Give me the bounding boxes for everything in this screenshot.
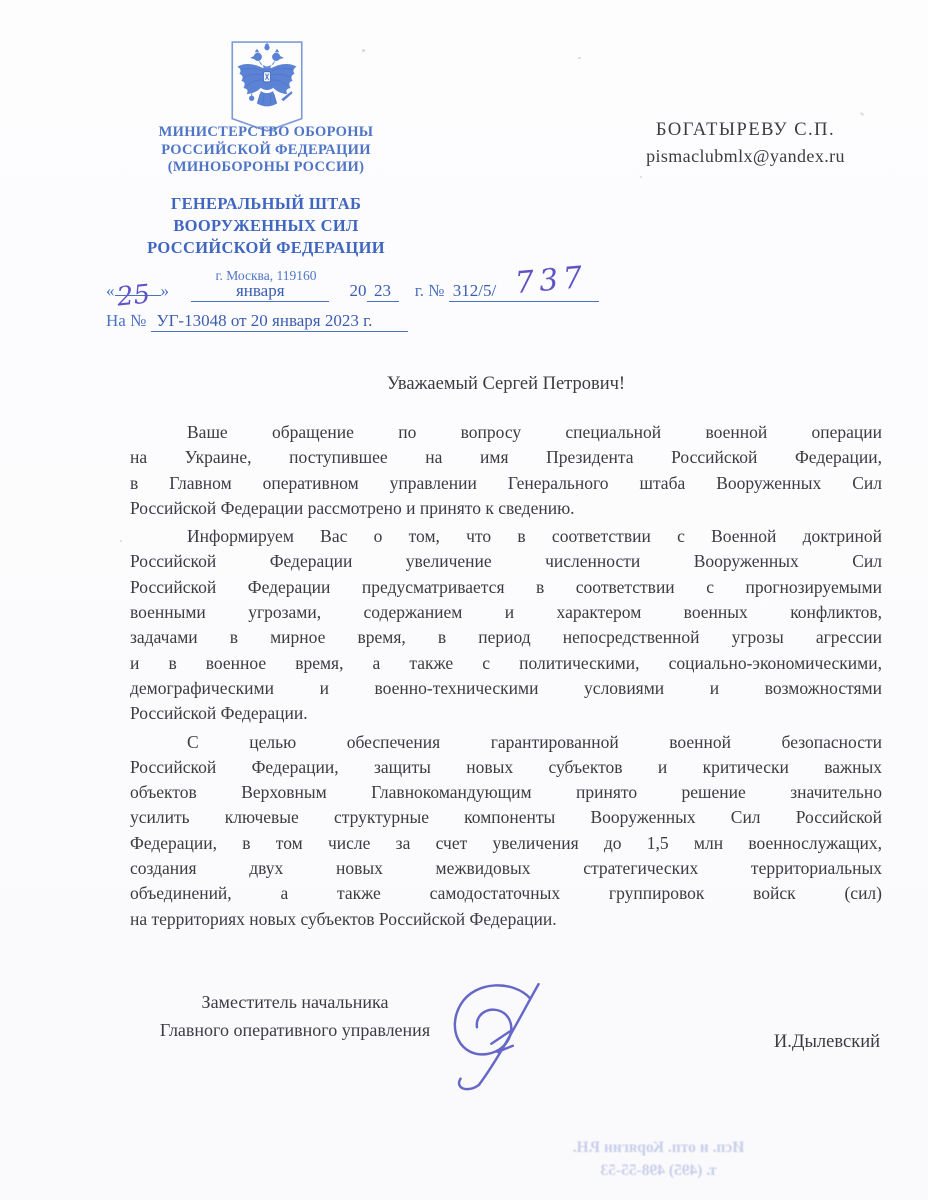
scan-speck (820, 640, 822, 642)
signatory-title: Заместитель начальника Главного оператив… (128, 988, 462, 1044)
year-prefix: 20 (350, 281, 367, 300)
recipient-block: БОГАТЫРЕВУ С.П. pismaclubmlx@yandex.ru (598, 120, 893, 167)
body-paragraph-1: Ваше обращение по вопросу специальной во… (130, 420, 882, 521)
recipient-email: pismaclubmlx@yandex.ru (598, 146, 893, 167)
scanned-letter-page: МИНИСТЕРСТВО ОБОРОНЫ РОССИЙСКОЙ ФЕДЕРАЦИ… (0, 0, 928, 1200)
reply-label: На № (106, 311, 146, 330)
scan-speck (578, 57, 581, 59)
org-line-3: РОССИЙСКОЙ ФЕДЕРАЦИИ (96, 237, 436, 259)
scan-speck (860, 112, 864, 116)
bleedthrough-line-2: т. (495) 498-55-53 (536, 1159, 781, 1182)
handwritten-signature-icon (415, 978, 580, 1093)
number-field: 312/5/ 737 (449, 281, 599, 302)
year-field: 23 (367, 281, 399, 302)
handwritten-day: 25 (115, 279, 151, 312)
date-line: « 25 » января 2023 г. № 312/5/ 737 (106, 281, 626, 302)
bleedthrough-line-1: Исп. и отп. Корягин Р.Н. (536, 1136, 781, 1159)
body-line: создания двух новых межвидовых стратегич… (130, 856, 882, 881)
body-line: Информируем Вас о том, что в соответстви… (130, 524, 882, 549)
ministry-line-1: МИНИСТЕРСТВО ОБОРОНЫ (96, 124, 436, 142)
body-line: С целью обеспечения гарантированной воен… (130, 730, 882, 755)
reply-field: УГ-13048 от 20 января 2023 г. (151, 311, 409, 332)
reference-line: На № УГ-13048 от 20 января 2023 г. (106, 311, 626, 332)
body-line: усилить ключевые структурные компоненты … (130, 805, 882, 830)
number-typed: 312/5/ (453, 281, 496, 300)
salutation: Уважаемый Сергей Петрович! (130, 374, 882, 395)
recipient-name: БОГАТЫРЕВУ С.П. (598, 120, 893, 141)
handwritten-number: 737 (513, 260, 588, 301)
body-line: Федерации, в том числе за счет увеличени… (130, 831, 882, 856)
body-line: демографическими и военно-техническими у… (130, 676, 882, 701)
signatory-name: И.Дылевский (690, 1032, 880, 1053)
body-line: Российской Федерации, защиты новых субъе… (130, 755, 882, 780)
body-line: Российской Федерации увеличение численно… (130, 549, 882, 574)
body-line: объединений, а также самодостаточных гру… (130, 881, 882, 906)
scan-speck (770, 122, 772, 125)
org-line-1: ГЕНЕРАЛЬНЫЙ ШТАБ (96, 193, 436, 215)
russia-coat-of-arms-icon (230, 40, 304, 134)
org-line-2: ВООРУЖЕННЫХ СИЛ (96, 215, 436, 237)
scan-speck (362, 49, 365, 52)
body-paragraph-3: С целью обеспечения гарантированной воен… (130, 730, 882, 932)
signatory-title-line-1: Заместитель начальника (128, 988, 462, 1016)
body-line: военными угрозами, содержанием и характе… (130, 600, 882, 625)
body-line: и в военное время, а также с политически… (130, 651, 882, 676)
body-line: задачами в мирное время, в период непоср… (130, 625, 882, 650)
letterhead: МИНИСТЕРСТВО ОБОРОНЫ РОССИЙСКОЙ ФЕДЕРАЦИ… (96, 124, 436, 284)
scan-speck (120, 540, 122, 542)
body-line: Российской Федерации предусматривается в… (130, 575, 882, 600)
scan-speck (222, 148, 225, 151)
quote-open: « (106, 281, 115, 300)
ministry-line-3: (МИНОБОРОНЫ РОССИИ) (96, 159, 436, 177)
body-line: на территориях новых субъектов Российско… (130, 907, 882, 932)
body-paragraph-2: Информируем Вас о том, что в соответстви… (130, 524, 882, 726)
quote-close: » (161, 281, 170, 300)
body-line: Российской Федерации. (130, 701, 882, 726)
body-line: Ваше обращение по вопросу специальной во… (130, 420, 882, 445)
month-field: января (191, 281, 329, 302)
body-line: в Главном оперативном управлении Генерал… (130, 471, 882, 496)
scan-speck (640, 176, 642, 178)
letter-body: Ваше обращение по вопросу специальной во… (130, 420, 882, 935)
signatory-title-line-2: Главного оперативного управления (128, 1016, 462, 1044)
bleedthrough-note: Исп. и отп. Корягин Р.Н. т. (495) 498-55… (536, 1136, 781, 1182)
body-line: объектов Верховным Главнокомандующим при… (130, 780, 882, 805)
body-line: Российской Федерации рассмотрено и приня… (130, 496, 882, 521)
number-label: г. № (415, 281, 445, 300)
day-field: 25 (115, 295, 161, 296)
body-line: на Украине, поступившее на имя Президент… (130, 445, 882, 470)
ministry-line-2: РОССИЙСКОЙ ФЕДЕРАЦИИ (96, 142, 436, 160)
